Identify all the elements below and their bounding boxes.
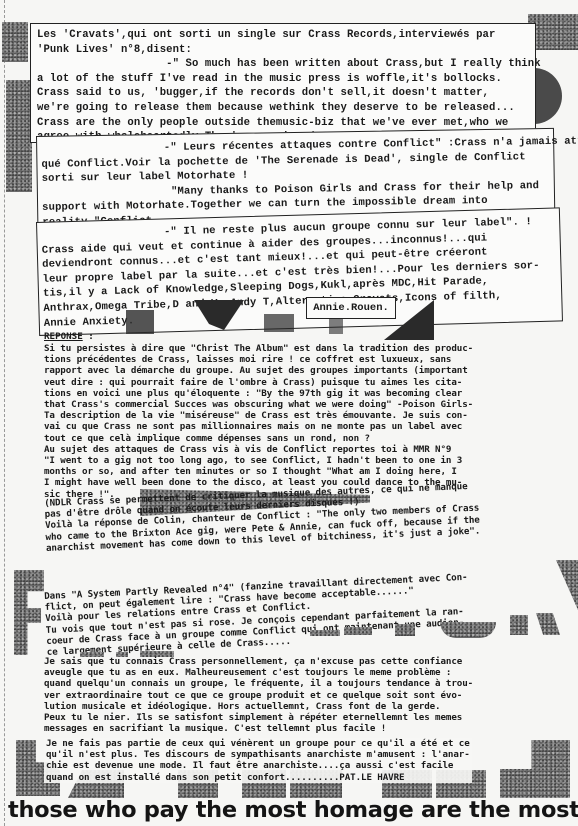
text-line: quand on est installé dans son petit con… [46,772,470,783]
deco-frag-3 [395,624,415,636]
reply-paragraph-4: Je sais que tu connais Crass personnelle… [44,656,473,734]
fanzine-page: Les 'Cravats',qui ont sorti un single su… [0,0,578,826]
text-line: months or so, and after ten minutes or s… [44,466,473,477]
letter-box-cravats: Les 'Cravats',qui ont sorti un single su… [30,23,536,143]
deco-block-top-left [2,22,28,62]
text-line: Je ne fais pas partie de ceux qui vénère… [46,738,470,749]
text-line: chie est devenue une mode. Il faut être … [46,760,470,771]
text-line: "I went to a gig not too long ago, to se… [44,455,473,466]
deco-frag-bowl [440,622,496,638]
deco-right-wedge [556,560,578,610]
reply-paragraph-1: Si tu persistes à dire que "Christ The A… [44,343,473,500]
text-line: Peux tu le nier. Ils se satisfont simple… [44,712,473,723]
text-line: Si tu persistes à dire que "Christ The A… [44,343,473,354]
text-line: Crass are the only people outside themus… [37,116,529,131]
text-line: Crass said to us, 'bugger,if the records… [37,86,529,101]
text-line: tions précédentes de Crass, laisses moi … [44,354,473,365]
text-line: 'Punk Lives' n°8,disent: [37,43,529,58]
text-line: Les 'Cravats',qui ont sorti un single su… [37,28,529,43]
slogan-banner: those who pay the most homage are the mo… [8,797,578,823]
reply-paragraph-3: Dans "A System Partly Revealed n°4" (fan… [44,572,470,658]
text-line: Ta description de la vie "miséreuse" de … [44,410,473,421]
signature-annie-rouen: Annie.Rouen. [306,297,396,319]
deco-block-left-bar [6,80,32,192]
reply-heading-colon: : [83,331,94,342]
text-line: lution musicale et idéologique. Hors act… [44,701,473,712]
text-line: quand quelqu'un connais un groupe, le fr… [44,678,473,689]
reply-paragraph-5: Je ne fais pas partie de ceux qui vénère… [44,738,472,783]
text-line: that Crass's commercial Succes was obscu… [44,399,473,410]
deco-frag-5 [536,613,560,635]
deco-frag-2 [344,627,372,635]
deco-frag-4 [510,615,528,635]
deco-frag-1 [310,630,340,636]
text-line: Je sais que tu connais Crass personnelle… [44,656,473,667]
text-line: qu'il n'est plus. Tes discours de sympat… [46,749,470,760]
text-line: rapport avec la démarche du groupe. Au s… [44,365,473,376]
deco-letter-end [500,740,570,798]
text-line: messages en sacrifiant la musique. C'est… [44,723,473,734]
text-line: Au sujet des attaques de Crass vis à vis… [44,444,473,455]
reply-heading-text: REPONSE [44,331,83,342]
text-line: -" So much has been written about Crass,… [37,57,529,72]
text-line: veut dire : qui pourrait faire de l'ombr… [44,377,473,388]
text-line: we're going to release them because weth… [37,101,529,116]
text-line: aveugle que tu as en eux. Malheureusemen… [44,667,473,678]
text-line: tout ce que celà implique comme dépenses… [44,433,473,444]
text-line: ver extraordinaire tout ce que ce groupe… [44,690,473,701]
reply-heading: REPONSE : [44,331,94,342]
page-edge-rule [4,0,5,826]
text-line: vai cu que Crass ne sont pas millionnair… [44,421,473,432]
text-line: a lot of the stuff I've read in the musi… [37,72,529,87]
text-line: tions en voici une plus qu'éloquente : "… [44,388,473,399]
deco-letter-f [14,570,44,655]
